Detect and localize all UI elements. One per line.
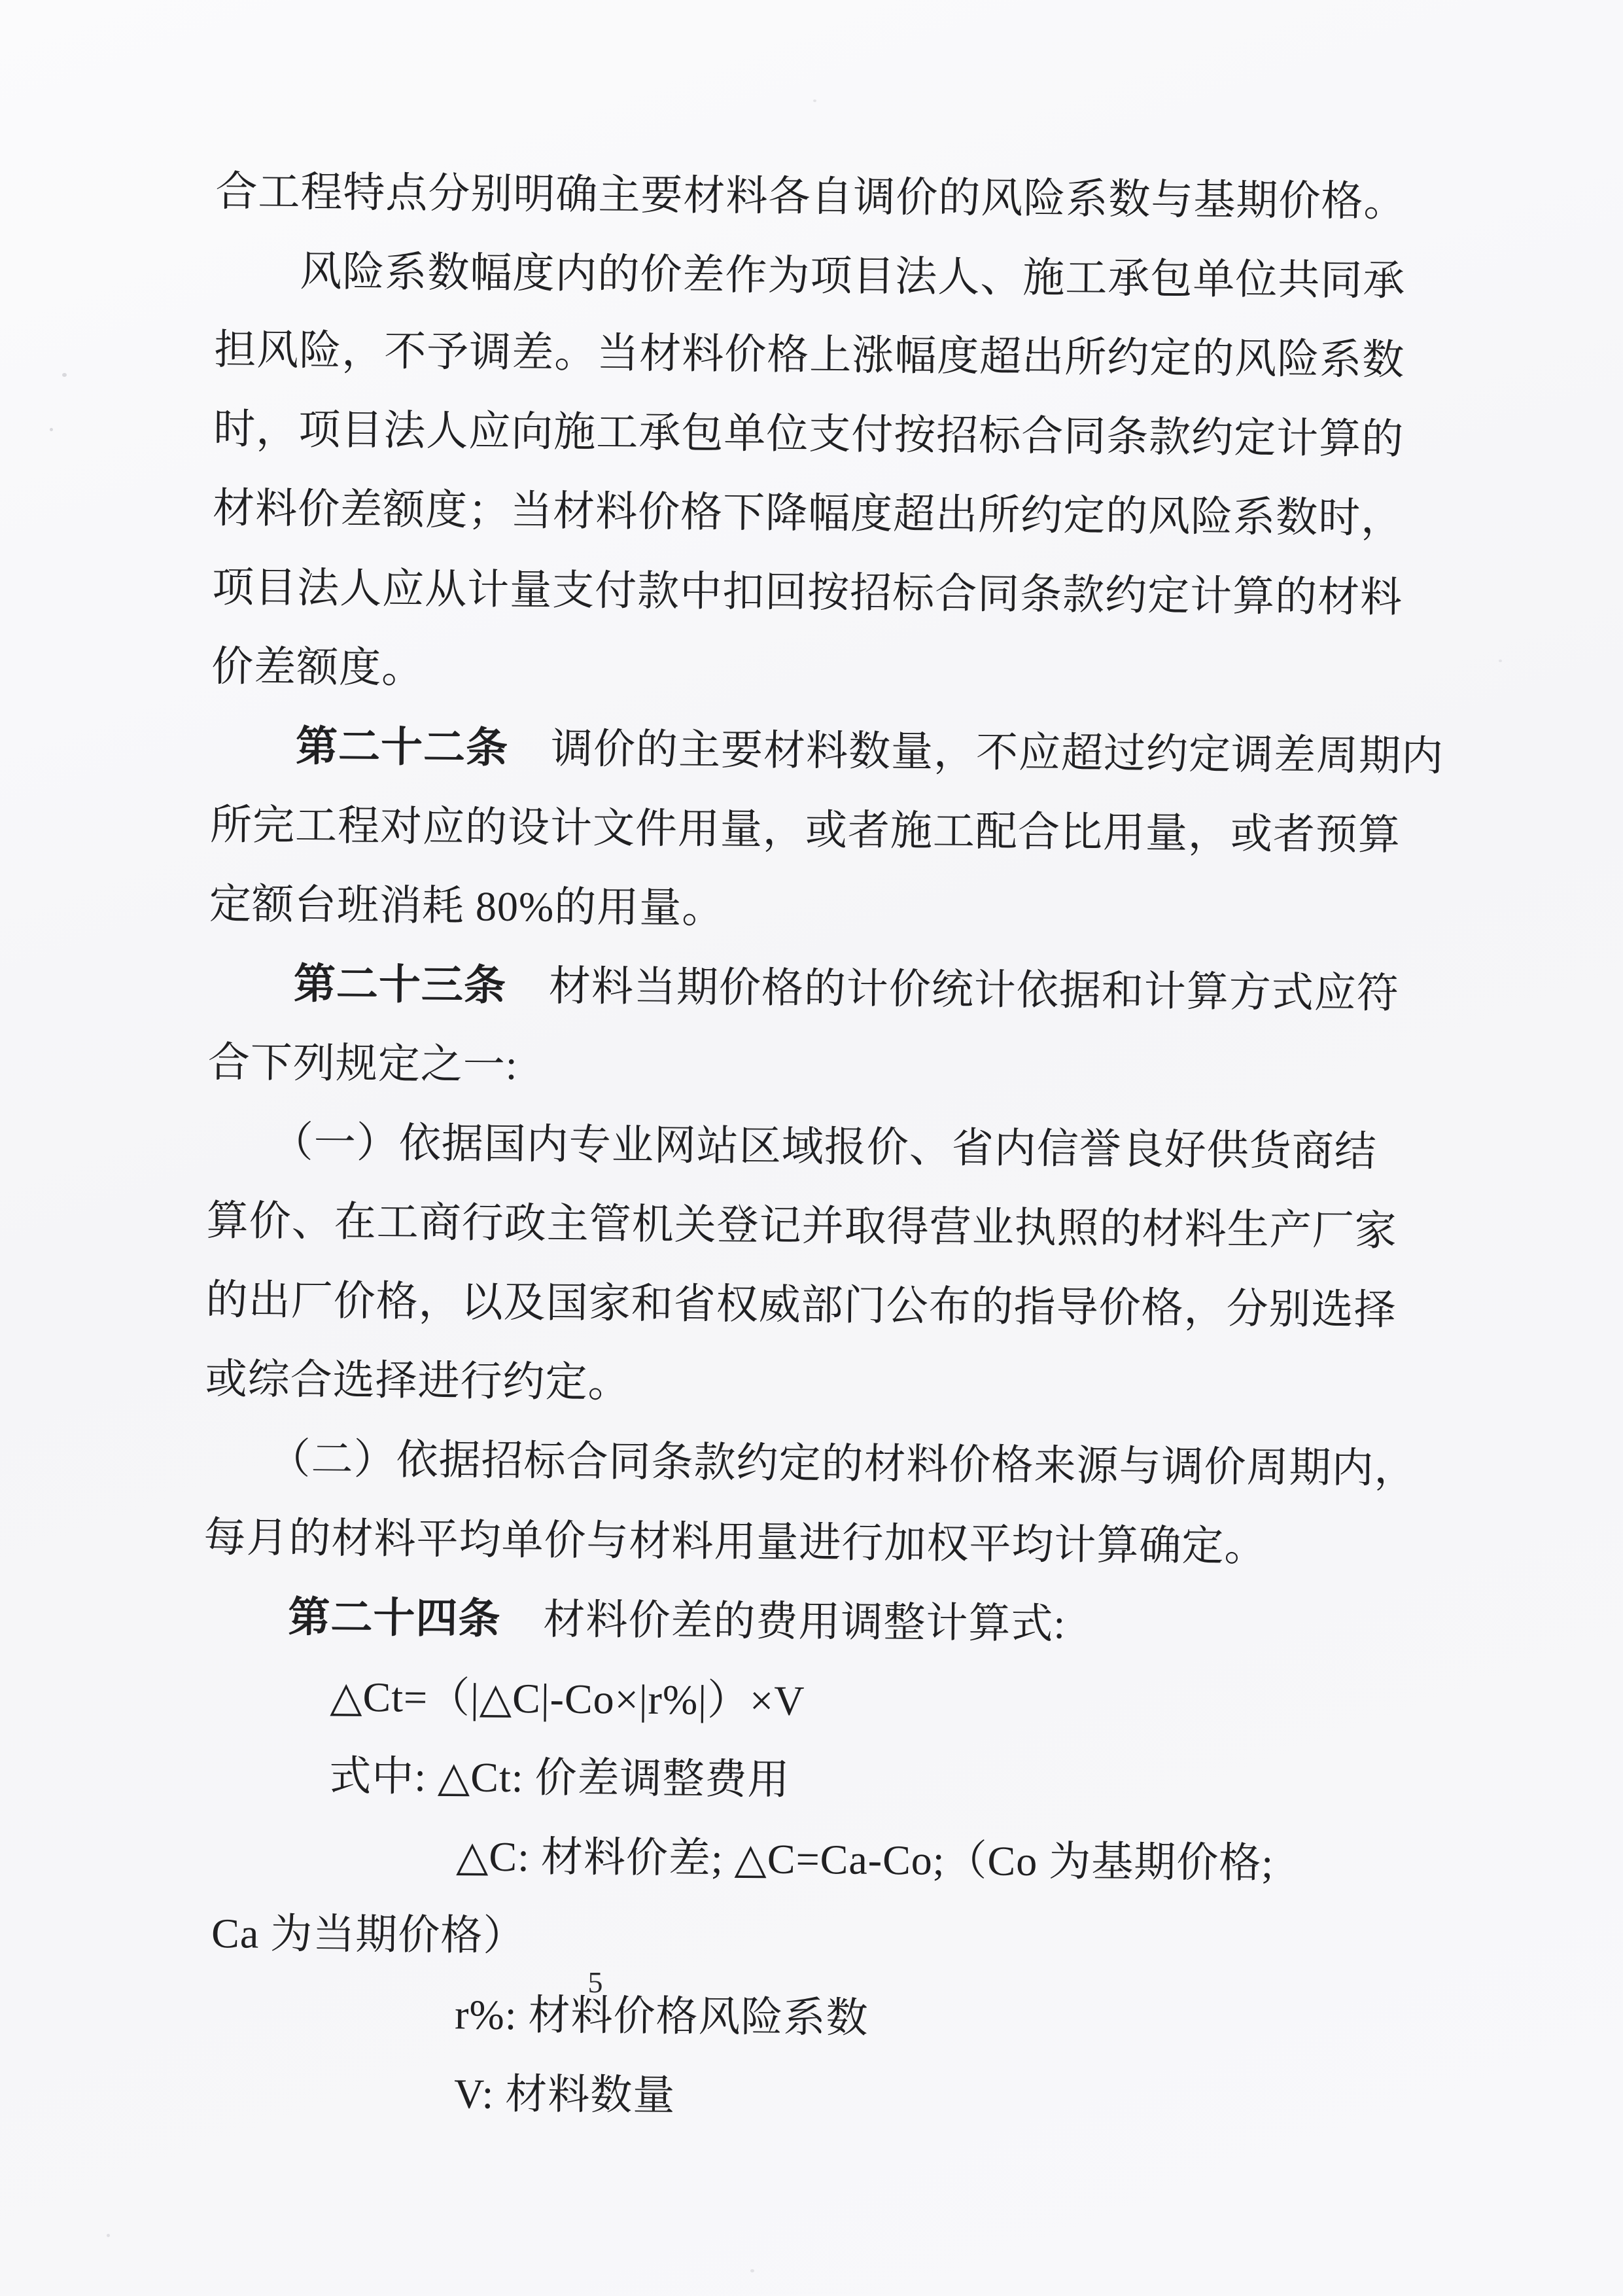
- text-line: 价差额度。: [211, 627, 1455, 717]
- text-line: 合工程特点分别明确主要材料各自调价的风险系数与基期价格。: [215, 152, 1459, 242]
- body-text: 合工程特点分别明确主要材料各自调价的风险系数与基期价格。: [215, 168, 1406, 225]
- article-heading: 第二十二条: [296, 723, 509, 771]
- body-text: 价差额度。: [211, 643, 425, 692]
- body-text: 材料当期价格的计价统计依据和计算方式应符: [506, 963, 1400, 1017]
- body-text: 合下列规定之一:: [208, 1039, 518, 1088]
- text-line: 材料价差额度；当材料价格下降幅度超出所约定的风险系数时，: [213, 468, 1456, 559]
- scan-speck: [750, 2269, 754, 2272]
- body-text: 风险系数幅度内的价差作为项目法人、施工承包单位共同承: [215, 247, 1406, 304]
- body-text: 材料价差额度；当材料价格下降幅度超出所约定的风险系数时，: [213, 485, 1404, 542]
- body-text: 式中: △Ct: 价差调整费用: [201, 1752, 790, 1803]
- body-text: （一）依据国内专业网站区域报价、省内信誉良好供货商结: [207, 1118, 1377, 1175]
- article-heading: 第二十三条: [294, 961, 507, 1009]
- body-text: 项目法人应从计量支付款中扣回按招标合同条款约定计算的材料: [212, 564, 1403, 621]
- body-text: V: 材料数量: [199, 2068, 676, 2119]
- text-line: （一）依据国内专业网站区域报价、省内信誉良好供货商结: [207, 1102, 1450, 1192]
- text-line: 时，项目法人应向施工承包单位支付按招标合同条款约定计算的: [213, 389, 1457, 480]
- body-text: △C: 材料价差; △C=Ca-Co;（Co 为基期价格;: [201, 1831, 1274, 1886]
- text-line: V: 材料数量: [199, 2052, 1442, 2142]
- scan-speck: [50, 428, 53, 431]
- scanned-document-page: 合工程特点分别明确主要材料各自调价的风险系数与基期价格。 风险系数幅度内的价差作…: [0, 0, 1623, 2296]
- text-line: △Ct=（|△C|-Co×|r%|）×V: [202, 1656, 1446, 1746]
- body-text: [203, 1593, 288, 1640]
- body-text: 的出厂价格，以及国家和省权威部门公布的指导价格，分别选择: [205, 1277, 1397, 1333]
- text-line: 每月的材料平均单价与材料用量进行加权平均计算确定。: [203, 1498, 1447, 1588]
- text-line: 定额台班消耗 80%的用量。: [209, 864, 1452, 955]
- body-text: 时，项目法人应向施工承包单位支付按招标合同条款约定计算的: [213, 406, 1405, 463]
- body-text: 所完工程对应的设计文件用量，或者施工配合比用量，或者预算: [210, 802, 1401, 858]
- text-line: 担风险，不予调差。当材料价格上涨幅度超出所约定的风险系数: [214, 310, 1457, 400]
- body-text: 每月的材料平均单价与材料用量进行加权平均计算确定。: [203, 1514, 1267, 1570]
- body-text: Ca 为当期价格）: [200, 1910, 526, 1959]
- body-text: [211, 722, 296, 769]
- body-text: 或综合选择进行约定。: [205, 1356, 631, 1406]
- body-text: 材料价差的费用调整计算式:: [500, 1596, 1066, 1648]
- page-number: 5: [553, 1966, 638, 1999]
- article-heading: 第二十四条: [288, 1594, 501, 1642]
- text-line: 合下列规定之一:: [207, 1023, 1451, 1113]
- body-text: （二）依据招标合同条款约定的材料价格来源与调价周期内，: [204, 1435, 1417, 1492]
- body-text: 调价的主要材料数量，不应超过约定调差周期内: [508, 725, 1444, 779]
- text-line: 的出厂价格，以及国家和省权威部门公布的指导价格，分别选择: [205, 1260, 1449, 1351]
- text-line: 算价、在工商行政主管机关登记并取得营业执照的材料生产厂家: [206, 1181, 1450, 1271]
- scan-speck: [62, 373, 67, 377]
- scan-speck: [1499, 660, 1502, 662]
- text-line: 第二十四条 材料价差的费用调整计算式:: [203, 1577, 1446, 1667]
- body-text: 定额台班消耗 80%的用量。: [209, 881, 725, 932]
- scan-speck: [107, 2234, 110, 2237]
- scan-speck: [813, 99, 816, 102]
- text-line: r%: 材料价格风险系数: [200, 1973, 1443, 2063]
- text-line: △C: 材料价差; △C=Ca-Co;（Co 为基期价格;: [201, 1814, 1444, 1905]
- body-text: 算价、在工商行政主管机关登记并取得营业执照的材料生产厂家: [206, 1197, 1397, 1254]
- document-lines: 合工程特点分别明确主要材料各自调价的风险系数与基期价格。 风险系数幅度内的价差作…: [199, 152, 1459, 2142]
- text-line: 风险系数幅度内的价差作为项目法人、施工承包单位共同承: [215, 231, 1458, 321]
- text-line: 第二十三条 材料当期价格的计价统计依据和计算方式应符: [208, 944, 1452, 1034]
- text-line: 所完工程对应的设计文件用量，或者施工配合比用量，或者预算: [209, 785, 1453, 875]
- text-line: （二）依据招标合同条款约定的材料价格来源与调价周期内，: [204, 1419, 1448, 1509]
- text-line: Ca 为当期价格）: [200, 1894, 1444, 1984]
- body-text: △Ct=（|△C|-Co×|r%|）×V: [202, 1672, 805, 1724]
- body-text: r%: 材料价格风险系数: [200, 1989, 869, 2041]
- text-line: 项目法人应从计量支付款中扣回按招标合同条款约定计算的材料: [212, 548, 1456, 638]
- text-line: 式中: △Ct: 价差调整费用: [201, 1735, 1445, 1826]
- body-text: [209, 960, 294, 1007]
- body-text: 担风险，不予调差。当材料价格上涨幅度超出所约定的风险系数: [214, 327, 1405, 383]
- text-line: 第二十二条 调价的主要材料数量，不应超过约定调差周期内: [211, 706, 1454, 796]
- text-line: 或综合选择进行约定。: [205, 1339, 1448, 1430]
